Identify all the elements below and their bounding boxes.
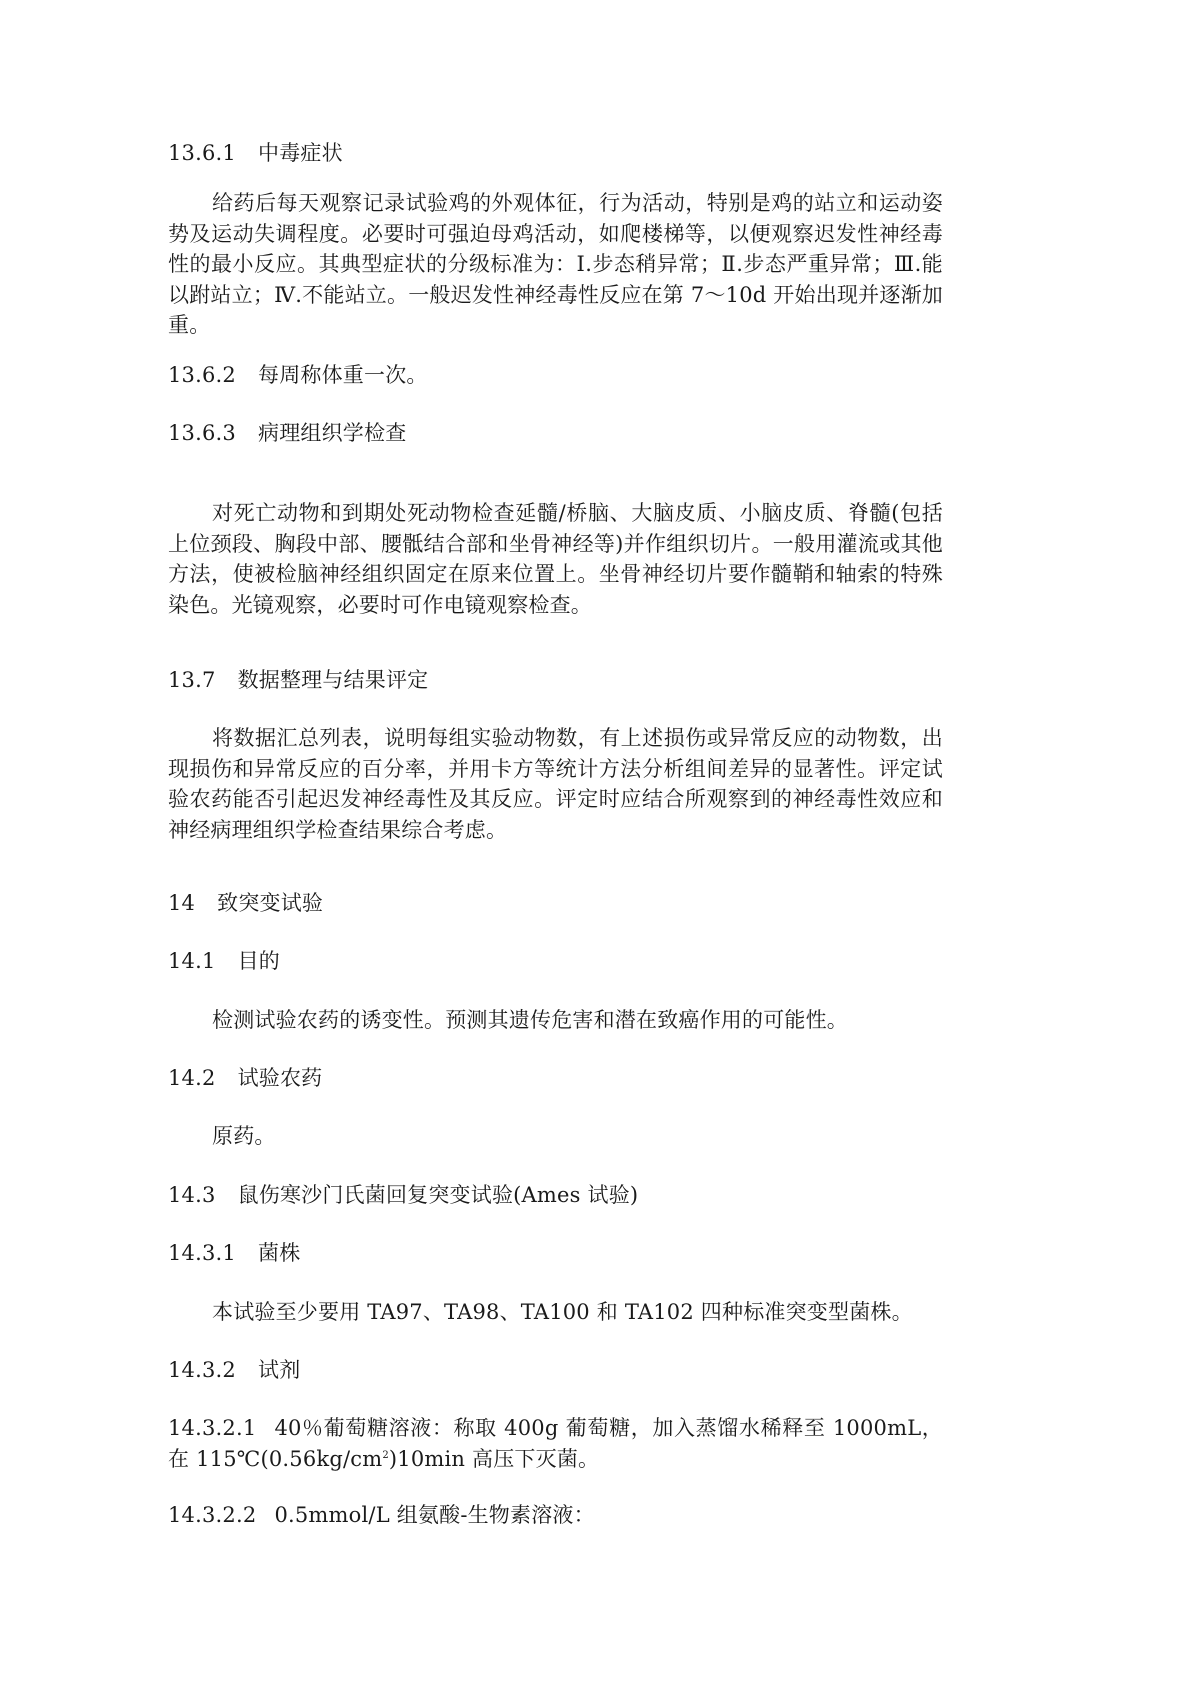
section-title: 0.5mmol/L 组氨酸-生物素溶液： — [274, 1503, 594, 1527]
section-number: 13.6.2 — [168, 360, 236, 391]
paragraph-strains: 本试验至少要用 TA97、TA98、TA100 和 TA102 四种标准突变型菌… — [168, 1297, 943, 1328]
section-number: 14.3.2 — [168, 1355, 236, 1386]
section-number: 14.1 — [168, 946, 216, 977]
section-title: 病理组织学检查 — [258, 421, 406, 445]
paragraph-14-3-2-1: 14.3.2.140％葡萄糖溶液：称取 400g 葡萄糖，加入蒸馏水稀释至 10… — [168, 1413, 943, 1474]
heading-14-3: 14.3鼠伤寒沙门氏菌回复突变试验(Ames 试验) — [168, 1180, 943, 1211]
section-title: 目的 — [238, 949, 280, 973]
section-number: 13.6.3 — [168, 418, 236, 449]
section-title: 中毒症状 — [258, 141, 343, 165]
section-number: 13.7 — [168, 665, 216, 696]
heading-14-3-2: 14.3.2试剂 — [168, 1355, 943, 1386]
heading-13-6-1: 13.6.1中毒症状 — [168, 138, 943, 169]
section-number: 13.6.1 — [168, 138, 236, 169]
heading-13-6-2: 13.6.2每周称体重一次。 — [168, 360, 943, 391]
section-title: 每周称体重一次。 — [258, 363, 428, 387]
paragraph-poisoning-symptoms: 给药后每天观察记录试验鸡的外观体征，行为活动，特别是鸡的站立和运动姿势及运动失调… — [168, 188, 943, 341]
section-title: 菌株 — [258, 1241, 300, 1265]
paragraph-histopathology: 对死亡动物和到期处死动物检查延髓/桥脑、大脑皮质、小脑皮质、脊髓(包括上位颈段、… — [168, 498, 943, 620]
paragraph-data-evaluation: 将数据汇总列表，说明每组实验动物数，有上述损伤或异常反应的动物数，出现损伤和异常… — [168, 723, 943, 845]
paragraph-purpose: 检测试验农药的诱变性。预测其遗传危害和潜在致癌作用的可能性。 — [168, 1005, 943, 1036]
heading-14-3-2-2: 14.3.2.20.5mmol/L 组氨酸-生物素溶液： — [168, 1500, 943, 1531]
section-title: 试剂 — [258, 1358, 300, 1382]
section-number: 14.3.2.2 — [168, 1500, 256, 1531]
heading-14: 14致突变试验 — [168, 888, 943, 919]
section-number: 14.3 — [168, 1180, 216, 1211]
section-number: 14 — [168, 888, 195, 919]
heading-14-1: 14.1目的 — [168, 946, 943, 977]
heading-14-2: 14.2试验农药 — [168, 1063, 943, 1094]
heading-13-6-3: 13.6.3病理组织学检查 — [168, 418, 943, 449]
heading-14-3-1: 14.3.1菌株 — [168, 1238, 943, 1269]
section-title: 数据整理与结果评定 — [238, 668, 429, 692]
section-title: 鼠伤寒沙门氏菌回复突变试验(Ames 试验) — [238, 1183, 639, 1207]
section-title: 致突变试验 — [217, 891, 323, 915]
section-number: 14.3.1 — [168, 1238, 236, 1269]
section-title: 试验农药 — [238, 1066, 323, 1090]
paragraph-test-pesticide: 原药。 — [168, 1121, 943, 1152]
paragraph-text-continued: )10min 高压下灭菌。 — [389, 1447, 599, 1471]
section-number: 14.2 — [168, 1063, 216, 1094]
heading-13-7: 13.7数据整理与结果评定 — [168, 665, 943, 696]
section-number: 14.3.2.1 — [168, 1416, 256, 1440]
